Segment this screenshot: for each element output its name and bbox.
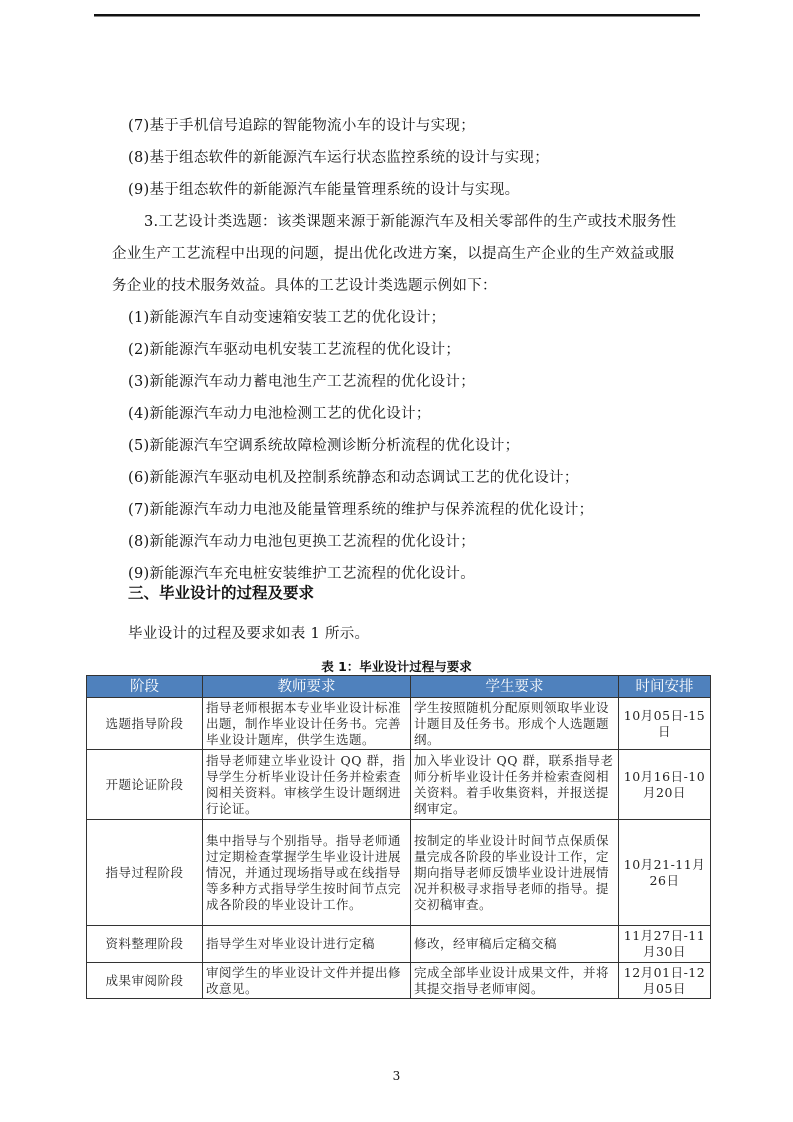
section-intro-line: 企业生产工艺流程中出现的问题，提出优化改进方案，以提高生产企业的生产效益或服 (112, 244, 674, 264)
list-item: (5)新能源汽车空调系统故障检测诊断分析流程的优化设计； (128, 436, 519, 456)
cell-time: 10月16日-10月20日 (619, 750, 711, 820)
cell-student: 按制定的毕业设计时间节点保质保量完成各阶段的毕业设计工作，定期向指导老师反馈毕业… (411, 820, 619, 926)
cell-time: 10月21-11月26日 (619, 820, 711, 926)
cell-stage: 开题论证阶段 (87, 750, 203, 820)
process-table: 阶段 教师要求 学生要求 时间安排 选题指导阶段 指导老师根据本专业毕业设计标准… (86, 675, 711, 999)
cell-time: 10月05日-15日 (619, 698, 711, 750)
page-number: 3 (0, 1069, 793, 1083)
list-item: (8)新能源汽车动力电池包更换工艺流程的优化设计； (128, 532, 475, 552)
cell-stage: 成果审阅阶段 (87, 963, 203, 999)
column-header-time: 时间安排 (619, 676, 711, 698)
cell-student: 学生按照随机分配原则领取毕业设计题目及任务书。形成个人选题题纲。 (411, 698, 619, 750)
section-heading: 三、毕业设计的过程及要求 (128, 581, 314, 603)
column-header-student: 学生要求 (411, 676, 619, 698)
list-item: (9)基于组态软件的新能源汽车能量管理系统的设计与实现。 (128, 180, 519, 200)
cell-student: 修改，经审稿后定稿交稿 (411, 926, 619, 963)
list-item: (1)新能源汽车自动变速箱安装工艺的优化设计； (128, 308, 445, 328)
cell-stage: 指导过程阶段 (87, 820, 203, 926)
table-row: 成果审阅阶段 审阅学生的毕业设计文件并提出修改意见。 完成全部毕业设计成果文件，… (87, 963, 711, 999)
column-header-stage: 阶段 (87, 676, 203, 698)
cell-student: 加入毕业设计 QQ 群，联系指导老师分析毕业设计任务并检索查阅相关资料。着手收集… (411, 750, 619, 820)
cell-teacher: 审阅学生的毕业设计文件并提出修改意见。 (203, 963, 411, 999)
list-item: (3)新能源汽车动力蓄电池生产工艺流程的优化设计； (128, 372, 475, 392)
cell-teacher: 指导学生对毕业设计进行定稿 (203, 926, 411, 963)
section-intro-line: 务企业的技术服务效益。具体的工艺设计类选题示例如下： (112, 276, 497, 296)
list-item: (8)基于组态软件的新能源汽车运行状态监控系统的设计与实现； (128, 148, 549, 168)
cell-time: 11月27日-11月30日 (619, 926, 711, 963)
cell-teacher: 集中指导与个别指导。指导老师通过定期检查掌握学生毕业设计进展情况，并通过现场指导… (203, 820, 411, 926)
table-row: 资料整理阶段 指导学生对毕业设计进行定稿 修改，经审稿后定稿交稿 11月27日-… (87, 926, 711, 963)
cell-teacher: 指导老师建立毕业设计 QQ 群，指导学生分析毕业设计任务并检索查阅相关资料。审核… (203, 750, 411, 820)
table-row: 选题指导阶段 指导老师根据本专业毕业设计标准出题，制作毕业设计任务书。完善毕业设… (87, 698, 711, 750)
list-item: (7)新能源汽车动力电池及能量管理系统的维护与保养流程的优化设计； (128, 500, 593, 520)
list-item: (7)基于手机信号追踪的智能物流小车的设计与实现； (128, 116, 475, 136)
table-row: 开题论证阶段 指导老师建立毕业设计 QQ 群，指导学生分析毕业设计任务并检索查阅… (87, 750, 711, 820)
list-item: (2)新能源汽车驱动电机安装工艺流程的优化设计； (128, 340, 460, 360)
section-intro-line: 3.工艺设计类选题：该类课题来源于新能源汽车及相关零部件的生产或技术服务性 (144, 212, 676, 232)
table-header-row: 阶段 教师要求 学生要求 时间安排 (87, 676, 711, 698)
table-row: 指导过程阶段 集中指导与个别指导。指导老师通过定期检查掌握学生毕业设计进展情况，… (87, 820, 711, 926)
cell-student: 完成全部毕业设计成果文件，并将其提交指导老师审阅。 (411, 963, 619, 999)
cell-stage: 资料整理阶段 (87, 926, 203, 963)
list-item: (6)新能源汽车驱动电机及控制系统静态和动态调试工艺的优化设计； (128, 468, 579, 488)
intro-sentence: 毕业设计的过程及要求如表 1 所示。 (128, 624, 369, 644)
cell-time: 12月01日-12月05日 (619, 963, 711, 999)
list-item: (4)新能源汽车动力电池检测工艺的优化设计； (128, 404, 431, 424)
header-rule (94, 14, 700, 17)
table-caption: 表 1：毕业设计过程与要求 (0, 657, 793, 675)
column-header-teacher: 教师要求 (203, 676, 411, 698)
cell-teacher: 指导老师根据本专业毕业设计标准出题，制作毕业设计任务书。完善毕业设计题库，供学生… (203, 698, 411, 750)
cell-stage: 选题指导阶段 (87, 698, 203, 750)
